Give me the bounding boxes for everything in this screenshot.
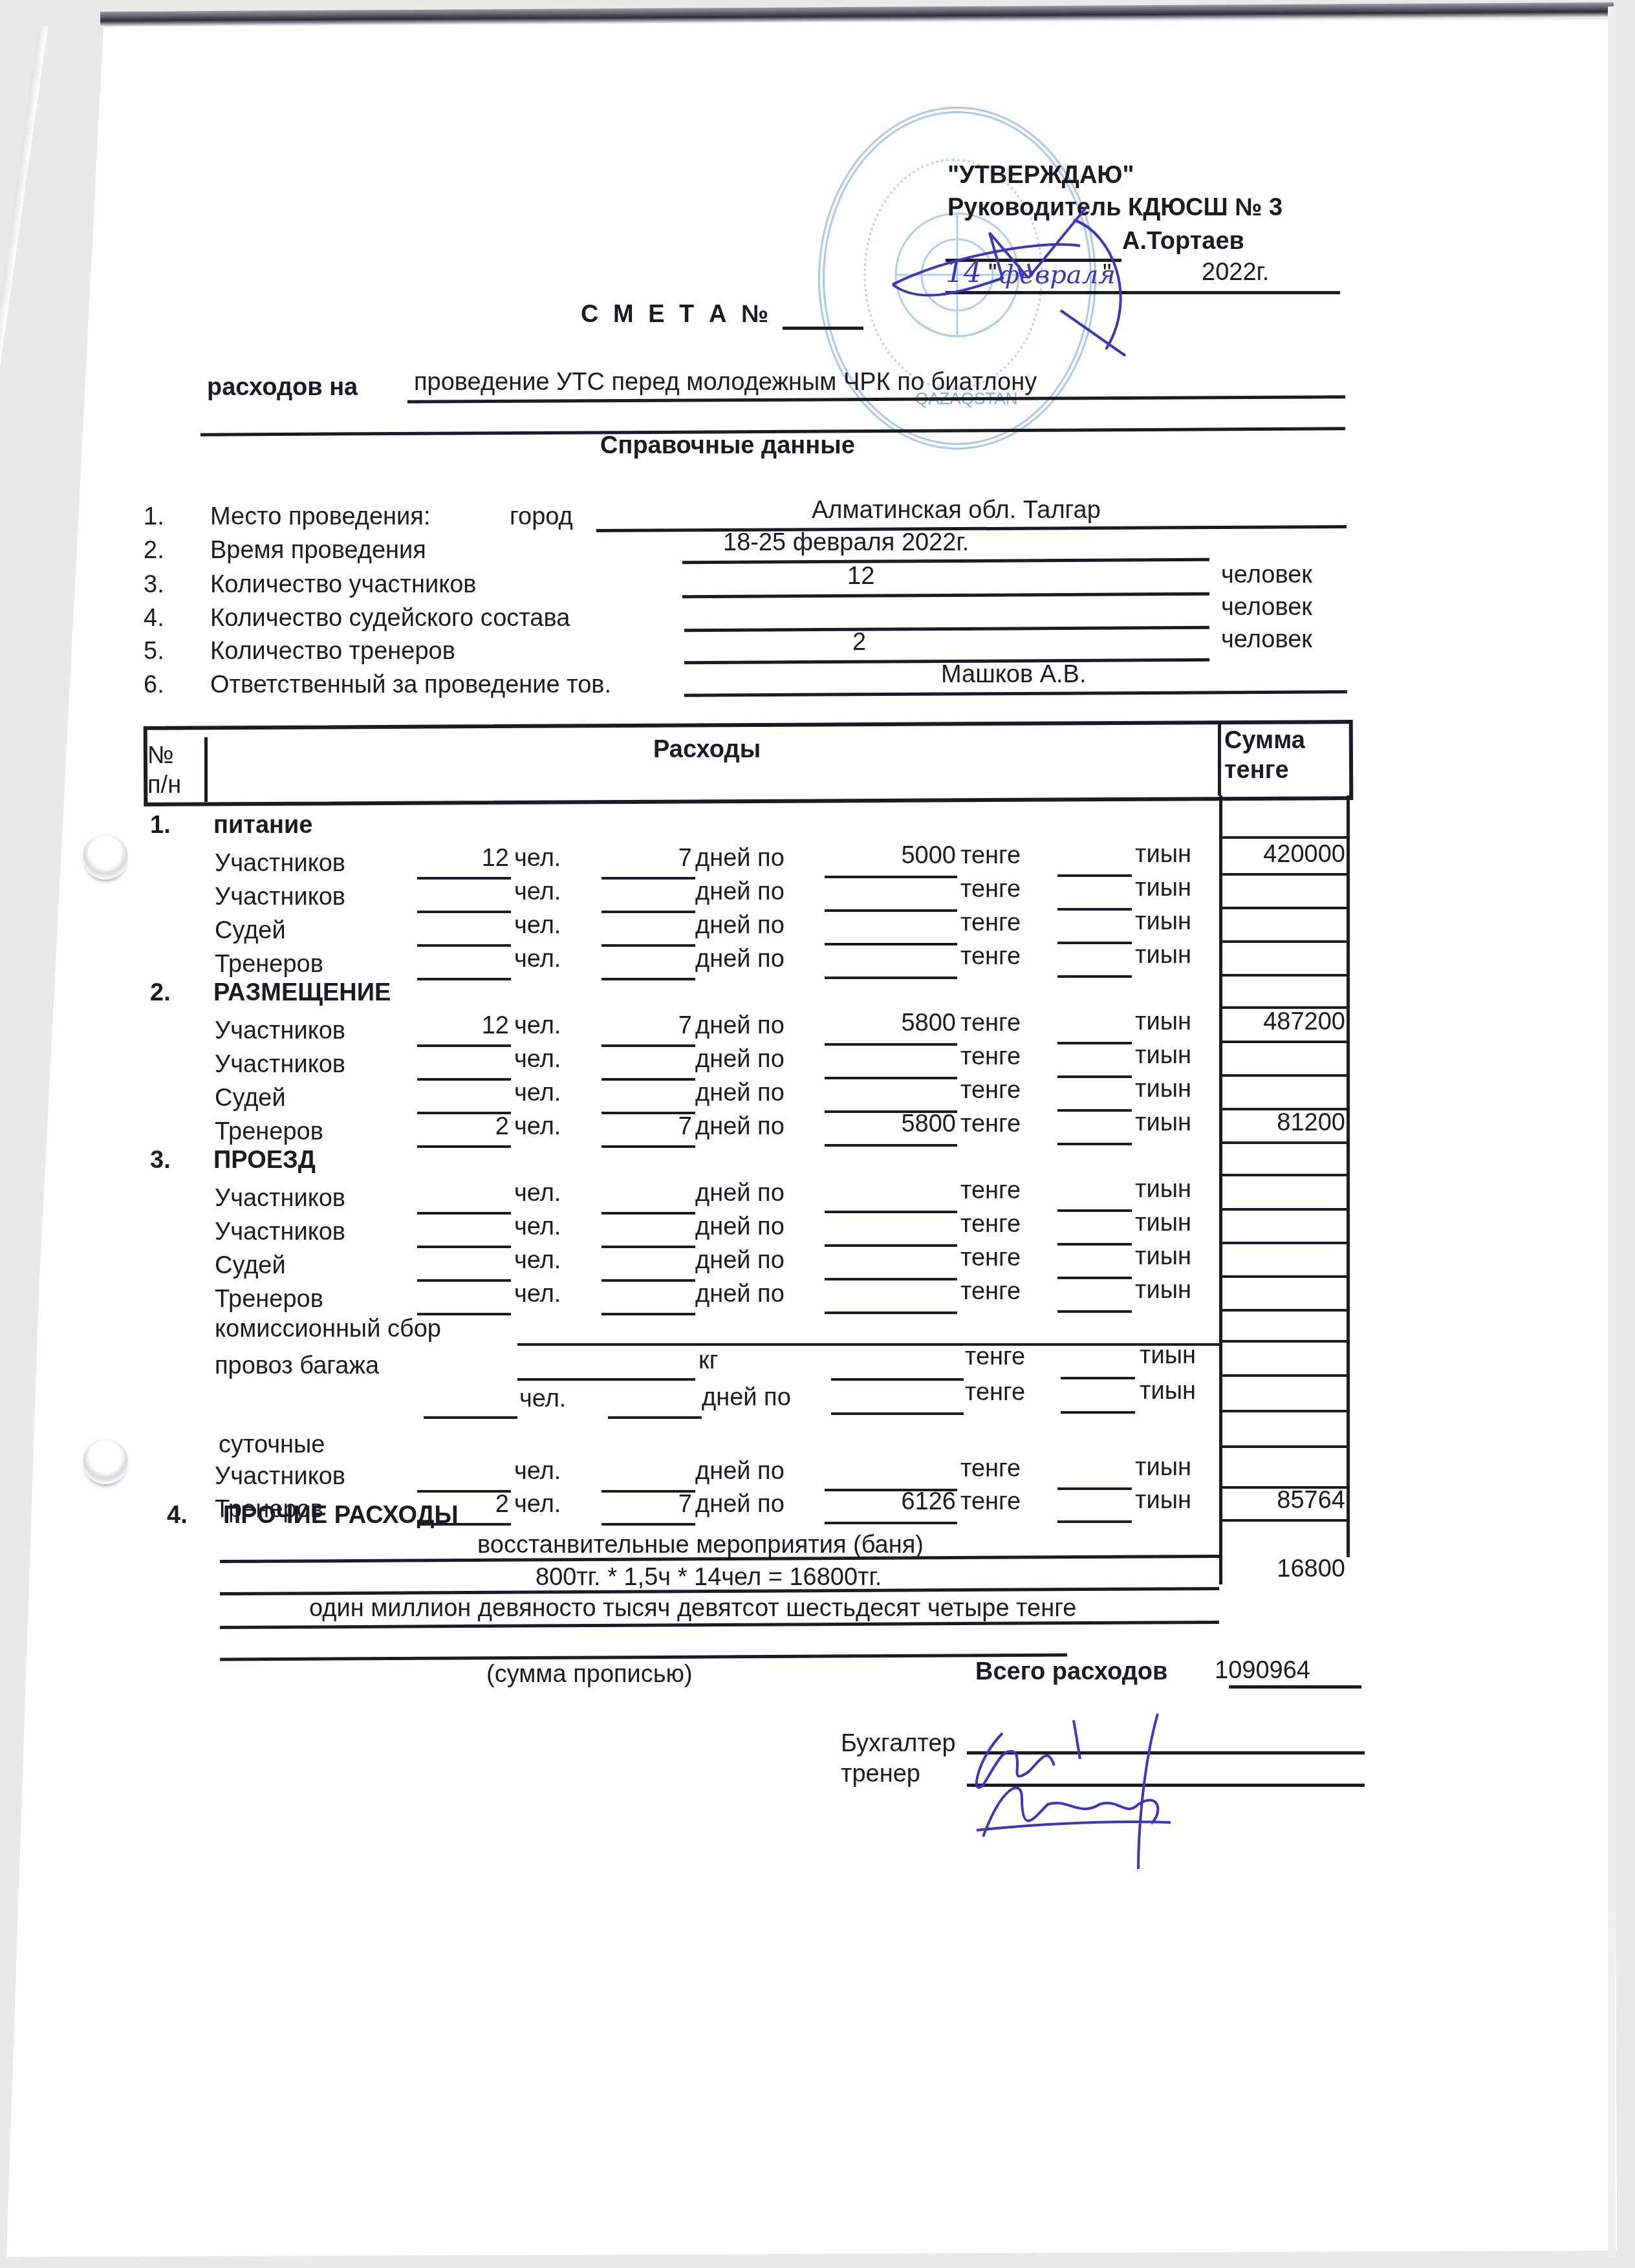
days-value: 7 xyxy=(601,1491,692,1518)
other-expense-calculation: 800тг. * 1,5ч * 14чел = 16800тг. xyxy=(536,1564,882,1592)
reference-num: 1. xyxy=(144,503,164,531)
accountant-and-coach-signatures xyxy=(964,1707,1274,1875)
days-field[interactable] xyxy=(601,1044,695,1047)
days-unit: дней по xyxy=(695,1079,785,1107)
rate-unit: тенге xyxy=(960,842,1021,870)
reference-num: 6. xyxy=(144,671,164,699)
rate-field[interactable] xyxy=(825,1244,957,1247)
section-num: 3. xyxy=(150,1147,171,1174)
baggage-days-unit: дней по xyxy=(702,1384,791,1412)
days-field[interactable] xyxy=(601,944,695,947)
row-label: Тренеров xyxy=(215,951,323,978)
people-field[interactable] xyxy=(417,944,511,947)
rate-unit: тенге xyxy=(960,876,1021,903)
days-field[interactable] xyxy=(601,978,695,980)
tiyn-field[interactable] xyxy=(1057,1520,1132,1523)
sum-cell-border xyxy=(1221,1208,1348,1211)
rate-unit: тенге xyxy=(960,1077,1021,1105)
rate-value: 5800 xyxy=(825,1010,956,1037)
rate-unit: тенге xyxy=(960,909,1021,937)
other-expense-sum: 16800 xyxy=(1222,1555,1345,1583)
smeta-title: С М Е Т А № xyxy=(581,301,772,329)
tiyn-field[interactable] xyxy=(1057,874,1132,877)
col-sum-header: Сумма тенге xyxy=(1224,726,1305,785)
rate-field[interactable] xyxy=(825,1077,957,1079)
rate-unit: тенге xyxy=(960,1278,1021,1306)
rate-field[interactable] xyxy=(825,1144,957,1147)
people-field[interactable] xyxy=(417,911,511,913)
baggage-label: провоз багажа xyxy=(215,1352,379,1380)
rate-field[interactable] xyxy=(825,977,957,979)
col-num-header: № п/н xyxy=(147,740,181,800)
rate-unit: тенге xyxy=(960,1043,1021,1071)
baggage-tiyn-unit: тиын xyxy=(1140,1377,1196,1405)
reference-heading: Справочные данные xyxy=(600,432,855,460)
people-unit: чел. xyxy=(514,1046,561,1074)
days-unit: дней по xyxy=(695,912,785,940)
days-field[interactable] xyxy=(601,877,695,880)
people-unit: чел. xyxy=(514,1247,561,1275)
rate-unit: тенге xyxy=(960,1110,1021,1138)
people-field[interactable] xyxy=(417,978,511,980)
people-unit: чел. xyxy=(514,878,561,906)
commission-label: комиссионный сбор xyxy=(215,1315,441,1343)
col-sum-line2: тенге xyxy=(1224,755,1305,785)
rate-unit: тенге xyxy=(960,1244,1021,1272)
reference-label: Место проведения: xyxy=(210,503,430,531)
tiyn-unit: тиын xyxy=(1135,1487,1191,1515)
days-unit: дней по xyxy=(695,1113,785,1141)
baggage-people-unit: чел. xyxy=(519,1385,566,1413)
reference-unit: человек xyxy=(1221,561,1312,589)
tiyn-unit: тиын xyxy=(1135,1209,1191,1237)
days-field[interactable] xyxy=(601,1313,695,1315)
reference-num: 3. xyxy=(144,571,164,599)
reference-label: Количество судейского состава xyxy=(210,605,570,632)
people-unit: чел. xyxy=(514,1458,561,1485)
col-expenses-header: Расходы xyxy=(653,736,761,764)
reference-label: Количество тренеров xyxy=(210,638,455,665)
rate-field[interactable] xyxy=(825,1522,957,1524)
total-value: 1090964 xyxy=(1215,1657,1310,1685)
rate-field[interactable] xyxy=(825,1278,957,1280)
sum-cell-border xyxy=(1221,940,1348,943)
row-label: Судей xyxy=(215,1252,286,1280)
sum-cell-border xyxy=(1221,1340,1348,1343)
baggage-rate-unit: тенге xyxy=(965,1343,1025,1371)
expenses-for-value: проведение УТС перед молодежным ЧРК по б… xyxy=(414,369,1037,396)
people-unit: чел. xyxy=(514,1113,561,1141)
tiyn-field[interactable] xyxy=(1057,1487,1132,1490)
days-unit: дней по xyxy=(695,1491,785,1518)
tiyn-unit: тиын xyxy=(1135,841,1191,869)
sum-cell-border xyxy=(1221,974,1348,977)
reference-value: Алматинская обл. Талгар xyxy=(812,497,1101,524)
row-sum: 487200 xyxy=(1222,1008,1345,1036)
days-field[interactable] xyxy=(601,1212,695,1215)
people-field[interactable] xyxy=(417,1246,511,1248)
baggage-kg-field[interactable] xyxy=(517,1378,695,1381)
rate-unit: тенге xyxy=(960,943,1021,971)
baggage-rate-field[interactable] xyxy=(831,1412,964,1415)
row-label: Тренеров xyxy=(215,1118,323,1146)
days-field[interactable] xyxy=(601,1279,695,1282)
tiyn-unit: тиын xyxy=(1135,1277,1191,1304)
rate-value: 5000 xyxy=(825,842,956,870)
section-num: 2. xyxy=(150,979,171,1007)
people-unit: чел. xyxy=(514,1280,561,1308)
sum-cell-border xyxy=(1221,1141,1348,1144)
row-label: Тренеров xyxy=(215,1286,323,1313)
section-title: ПРОЧИЕ РАСХОДЫ xyxy=(223,1502,459,1529)
sum-cell-border xyxy=(1221,836,1348,839)
sum-cell-border xyxy=(1221,1074,1348,1077)
tiyn-unit: тиын xyxy=(1135,1008,1191,1036)
row-label: Участников xyxy=(215,1017,345,1045)
days-field[interactable] xyxy=(601,1078,695,1081)
per-diem-label: суточные xyxy=(219,1431,325,1459)
rate-field[interactable] xyxy=(825,909,957,912)
table-header-divider xyxy=(1218,723,1221,795)
days-field[interactable] xyxy=(601,1145,695,1148)
sum-cell-border xyxy=(1221,873,1348,876)
sum-cell-border xyxy=(1221,1445,1348,1448)
days-value: 7 xyxy=(601,1012,692,1040)
reference-value: Машков А.В. xyxy=(941,661,1086,689)
days-field[interactable] xyxy=(601,911,695,913)
baggage-rate-unit: тенге xyxy=(965,1379,1025,1407)
sum-column-left-border xyxy=(1219,795,1222,1584)
other-expense-description: восстанвительные мероприятия (баня) xyxy=(477,1531,924,1559)
accountant-label: Бухгалтер xyxy=(841,1730,956,1758)
sum-cell-border xyxy=(1221,1275,1348,1278)
row-sum: 81200 xyxy=(1222,1109,1345,1137)
page-edge-left xyxy=(0,25,48,923)
days-unit: дней по xyxy=(695,1458,785,1485)
rate-field[interactable] xyxy=(825,876,957,878)
people-unit: чел. xyxy=(514,1079,561,1107)
col-num-line1: № xyxy=(147,740,181,770)
total-value-line xyxy=(1229,1685,1361,1689)
days-unit: дней по xyxy=(695,1247,785,1275)
days-field[interactable] xyxy=(601,1246,695,1248)
row-label: Участников xyxy=(215,1463,345,1491)
section-title: РАЗМЕЩЕНИЕ xyxy=(213,979,391,1007)
page-edge-right xyxy=(1608,6,1616,2257)
col-num-line2: п/н xyxy=(147,770,181,800)
days-unit: дней по xyxy=(695,1046,785,1074)
tiyn-field[interactable] xyxy=(1057,1277,1132,1279)
baggage-tiyn-field[interactable] xyxy=(1061,1411,1135,1414)
tiyn-field[interactable] xyxy=(1057,942,1132,944)
sum-cell-border xyxy=(1221,1519,1348,1522)
section-title: питание xyxy=(213,812,313,839)
people-unit: чел. xyxy=(514,1491,561,1518)
reference-label: Количество участников xyxy=(210,571,477,599)
people-unit: чел. xyxy=(514,912,561,940)
baggage-days-field[interactable] xyxy=(608,1416,702,1419)
tiyn-unit: тиын xyxy=(1135,1075,1191,1103)
tiyn-field[interactable] xyxy=(1057,1209,1132,1212)
rate-unit: тенге xyxy=(960,1455,1021,1483)
sum-cell-border xyxy=(1221,1242,1348,1244)
tiyn-field[interactable] xyxy=(1057,1109,1132,1112)
coach-label: тренер xyxy=(841,1760,920,1788)
baggage-rate-field[interactable] xyxy=(831,1378,964,1381)
tiyn-unit: тиын xyxy=(1135,1454,1191,1482)
days-unit: дней по xyxy=(695,845,785,872)
row-label: Судей xyxy=(215,917,286,945)
people-value: 12 xyxy=(417,845,509,872)
people-unit: чел. xyxy=(514,845,561,872)
days-unit: дней по xyxy=(695,1280,785,1308)
punch-hole-icon xyxy=(83,1439,128,1484)
section-num: 4. xyxy=(167,1502,188,1529)
reference-value: 18-25 февраля 2022г. xyxy=(723,529,969,557)
tiyn-field[interactable] xyxy=(1057,1310,1132,1313)
sum-cell-border xyxy=(1221,1174,1348,1176)
reference-unit: человек xyxy=(1221,594,1312,621)
tiyn-unit: тиын xyxy=(1135,908,1191,936)
rate-field[interactable] xyxy=(825,1211,957,1213)
tiyn-field[interactable] xyxy=(1057,1075,1132,1078)
reference-value: 12 xyxy=(847,563,874,590)
row-label: Участников xyxy=(215,883,345,911)
days-field[interactable] xyxy=(601,1523,695,1526)
people-field[interactable] xyxy=(417,1145,511,1148)
people-value: 2 xyxy=(417,1113,509,1141)
row-label: Участников xyxy=(215,1051,345,1079)
sum-cell-border xyxy=(1221,1041,1348,1043)
days-value: 7 xyxy=(601,1113,692,1141)
tiyn-field[interactable] xyxy=(1057,1143,1132,1145)
reference-value: 2 xyxy=(852,629,866,656)
people-field[interactable] xyxy=(417,1212,511,1215)
expenses-for-label: расходов на xyxy=(207,374,358,402)
tiyn-field[interactable] xyxy=(1057,975,1132,978)
people-field[interactable] xyxy=(417,1078,511,1081)
table-header-divider xyxy=(204,737,208,802)
people-unit: чел. xyxy=(514,1012,561,1040)
people-field[interactable] xyxy=(417,1044,511,1047)
total-in-words-caption: (сумма прописью) xyxy=(486,1661,693,1689)
rate-value: 6126 xyxy=(825,1488,956,1516)
tiyn-unit: тиын xyxy=(1135,942,1191,969)
tiyn-unit: тиын xyxy=(1135,1042,1191,1070)
director-signature xyxy=(867,181,1177,362)
reference-num: 2. xyxy=(144,537,164,565)
col-sum-line1: Сумма xyxy=(1224,726,1305,755)
sum-column-right-border xyxy=(1347,795,1350,1557)
reference-label: Ответственный за проведение тов. xyxy=(210,671,611,699)
smeta-number-field xyxy=(783,327,863,330)
rate-unit: тенге xyxy=(960,1488,1021,1516)
total-label: Всего расходов xyxy=(975,1658,1167,1686)
rate-unit: тенге xyxy=(960,1211,1021,1238)
baggage-kg-unit: кг xyxy=(698,1347,719,1375)
section-title: ПРОЕЗД xyxy=(213,1147,316,1174)
row-label: Судей xyxy=(215,1085,286,1112)
rate-value: 5800 xyxy=(825,1110,956,1138)
total-in-words: один миллион девяносто тысяч девятсот ше… xyxy=(309,1595,1076,1623)
tiyn-unit: тиын xyxy=(1135,1109,1191,1137)
people-unit: чел. xyxy=(514,1213,561,1241)
days-value: 7 xyxy=(601,845,692,872)
people-unit: чел. xyxy=(514,1180,561,1207)
rate-unit: тенге xyxy=(960,1177,1021,1205)
sum-cell-border xyxy=(1221,1374,1348,1377)
baggage-people-field[interactable] xyxy=(424,1416,517,1419)
rate-unit: тенге xyxy=(960,1010,1021,1037)
tiyn-unit: тиын xyxy=(1135,1176,1191,1204)
days-unit: дней по xyxy=(695,1213,785,1241)
people-value: 12 xyxy=(417,1012,509,1040)
sum-cell-border xyxy=(1221,1410,1348,1412)
rate-field[interactable] xyxy=(825,943,957,945)
rate-field[interactable] xyxy=(825,1043,957,1046)
tiyn-unit: тиын xyxy=(1135,1243,1191,1271)
people-unit: чел. xyxy=(514,945,561,973)
row-label: Участников xyxy=(215,1218,345,1246)
baggage-tiyn-unit: тиын xyxy=(1140,1342,1196,1370)
reference-num: 4. xyxy=(144,605,164,632)
reference-num: 5. xyxy=(144,638,164,665)
sum-cell-border xyxy=(1221,907,1348,909)
punch-hole-icon xyxy=(83,834,128,880)
reference-unit: человек xyxy=(1221,626,1312,654)
section-num: 1. xyxy=(150,812,171,839)
days-unit: дней по xyxy=(695,878,785,906)
tiyn-field[interactable] xyxy=(1057,1243,1132,1246)
tiyn-unit: тиын xyxy=(1135,874,1191,902)
reference-label: Время проведения xyxy=(210,537,426,565)
days-unit: дней по xyxy=(695,1012,785,1040)
tiyn-field[interactable] xyxy=(1057,908,1132,911)
commission-field[interactable] xyxy=(517,1343,1219,1346)
row-label: Участников xyxy=(215,1185,345,1213)
sum-cell-border xyxy=(1221,1309,1348,1312)
people-field[interactable] xyxy=(417,1279,511,1282)
reference-sub: город xyxy=(510,503,573,531)
row-label: Участников xyxy=(215,850,345,878)
approval-year: 2022г. xyxy=(1202,259,1269,286)
rate-field[interactable] xyxy=(825,1312,957,1314)
tiyn-field[interactable] xyxy=(1057,1042,1132,1044)
row-sum: 420000 xyxy=(1222,841,1345,869)
days-unit: дней по xyxy=(695,1180,785,1207)
people-field[interactable] xyxy=(417,877,511,880)
row-sum: 85764 xyxy=(1222,1487,1345,1515)
days-unit: дней по xyxy=(695,945,785,973)
baggage-tiyn-field[interactable] xyxy=(1061,1377,1135,1379)
